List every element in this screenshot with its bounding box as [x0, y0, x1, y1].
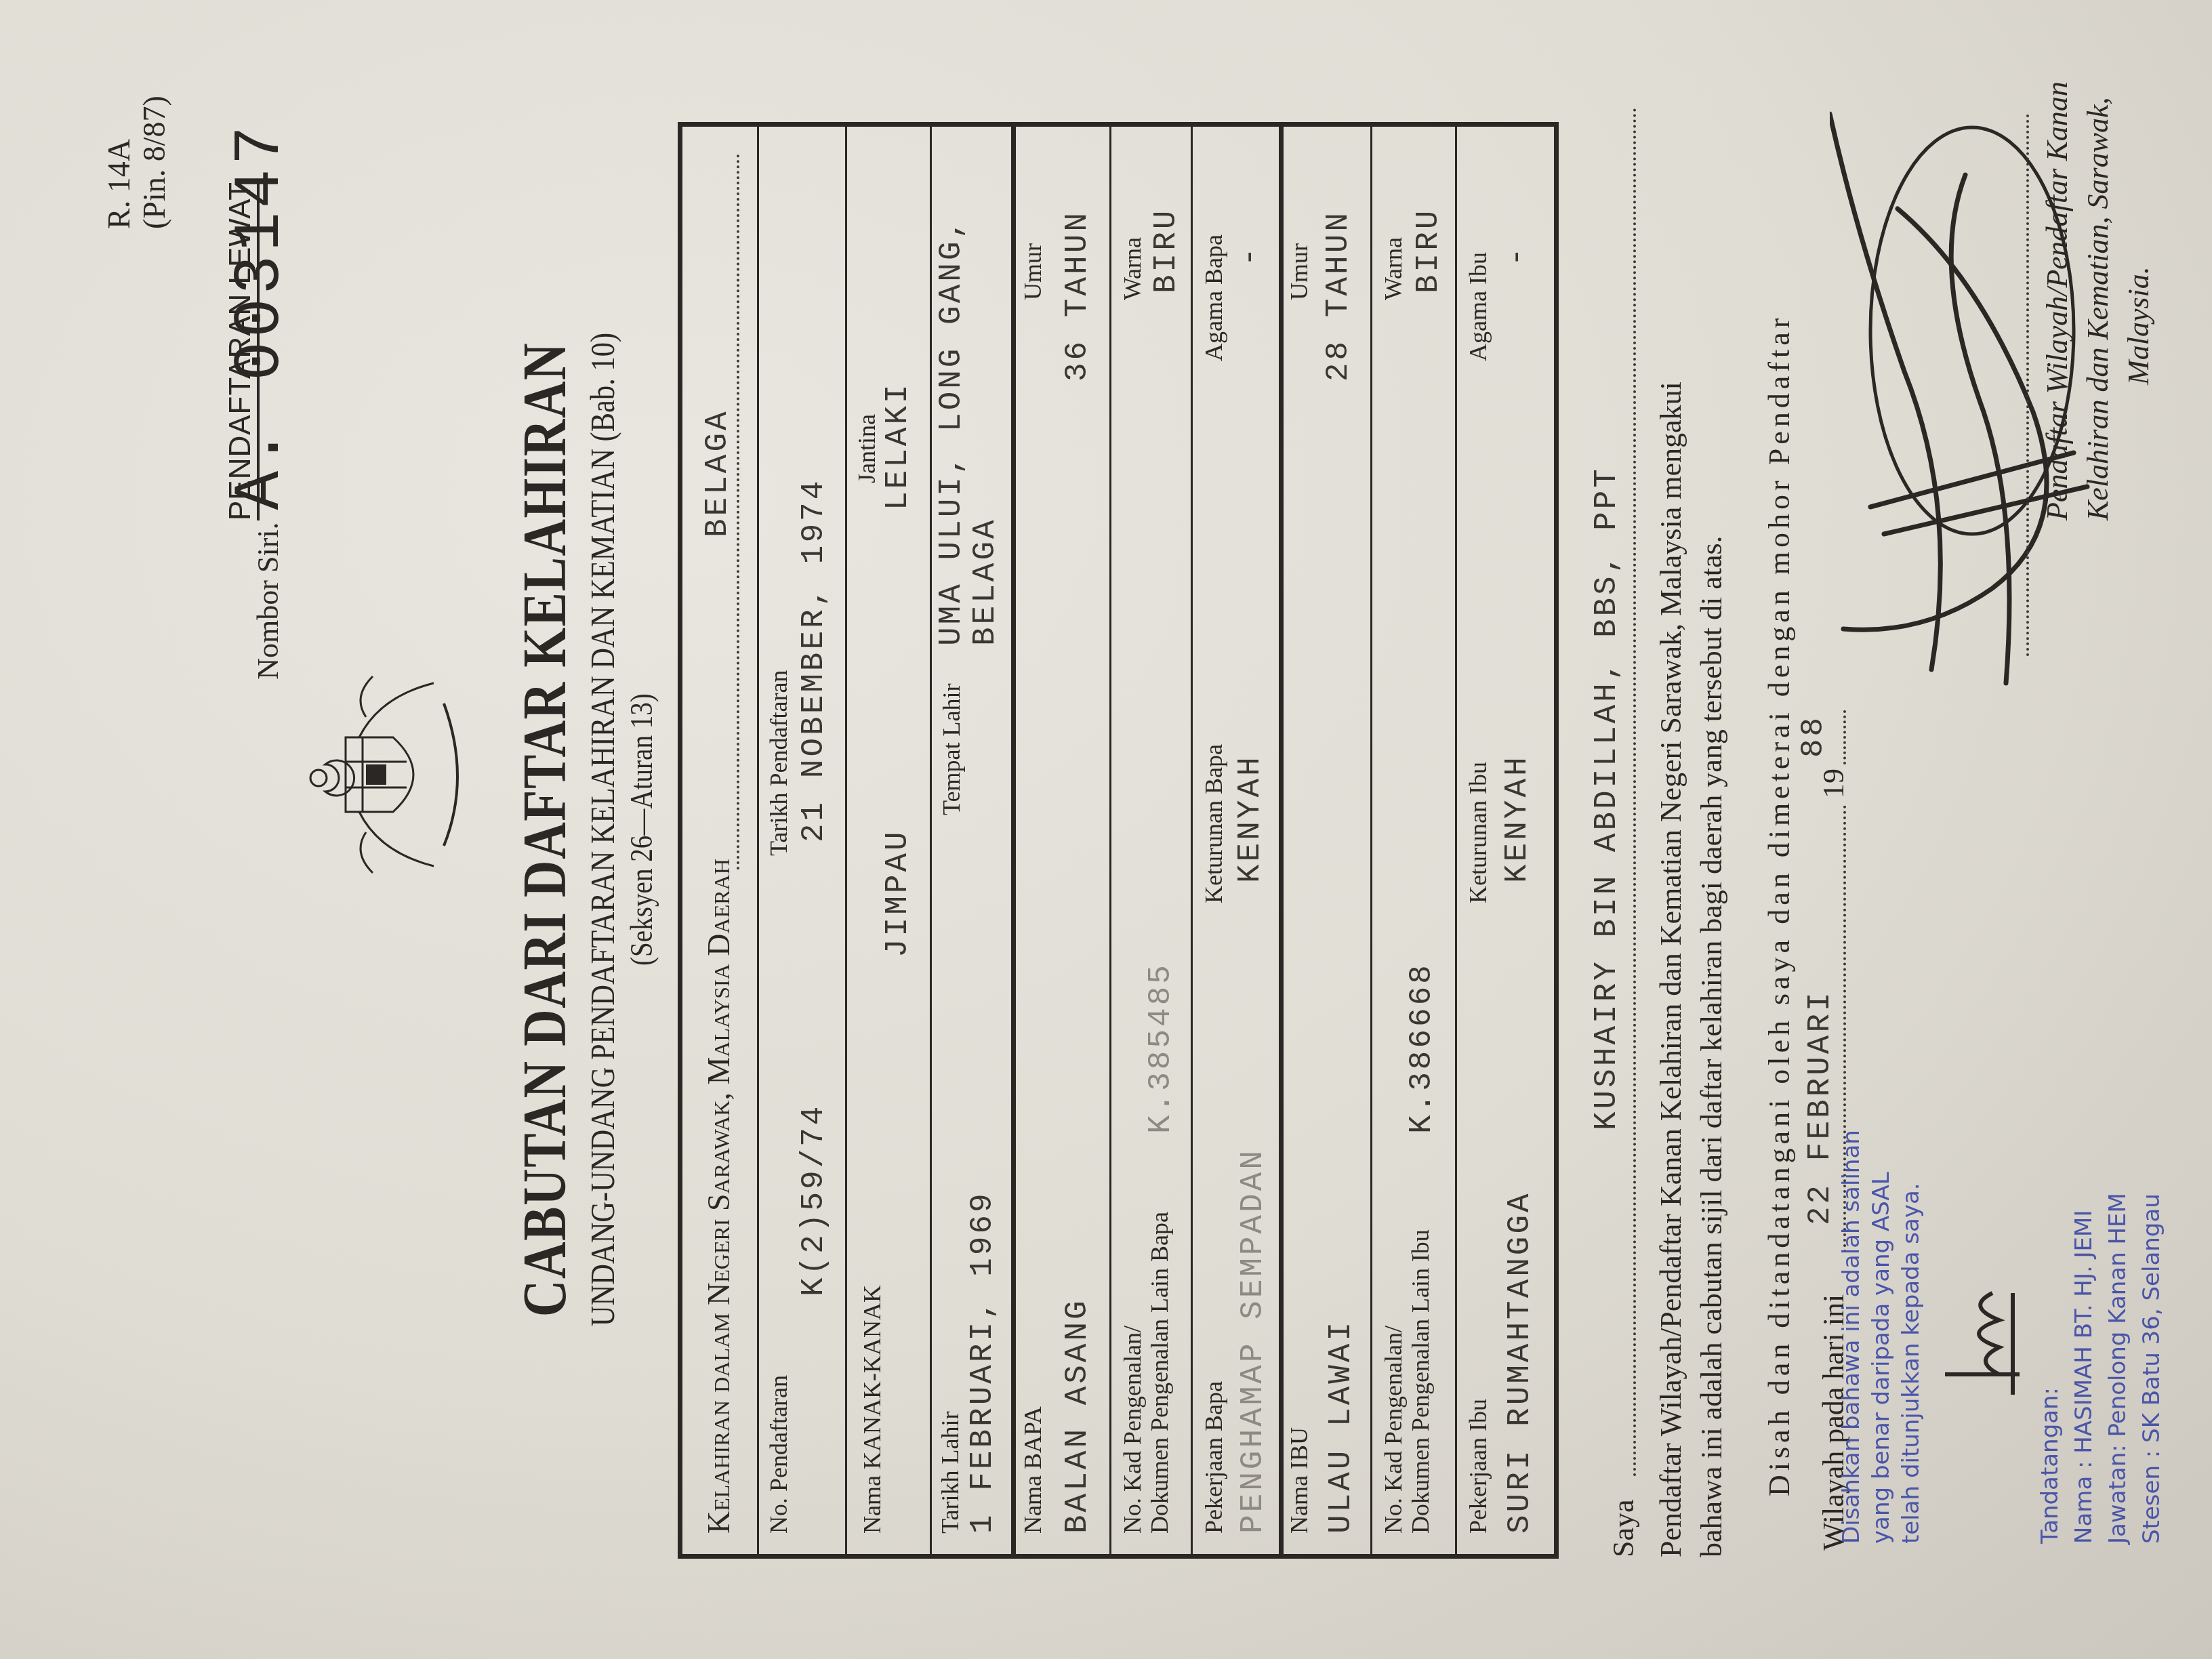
mother-citizenship-value: BIRU	[1411, 208, 1446, 293]
mother-occupation-value: SURI RUMAHTANGGA	[1502, 1191, 1538, 1534]
dotted-line	[737, 154, 739, 869]
stamp-line-1: Disahkan bahawa ini adalah salinan	[1837, 1130, 1866, 1544]
father-age-label: Umur	[1019, 243, 1046, 300]
mother-name-label: Nama IBU	[1286, 1427, 1313, 1534]
birth-register-table: Kelahiran dalam Negeri Sarawak, Malaysia…	[678, 122, 1559, 1559]
declaration-line-2: bahawa ini adalah cabutan sijil dari daf…	[1694, 535, 1729, 1557]
district-value: BELAGA	[700, 409, 735, 537]
father-citizenship-value: BIRU	[1149, 208, 1184, 293]
child-name-label: Nama KANAK-KANAK	[859, 1285, 886, 1534]
birth-certificate-extract: R. 14A (Pin. 8/87) PENDAFTARAN LEWAT Nom…	[0, 0, 2212, 1659]
stamp-line-3: telah ditunjukkan kepada saya.	[1896, 1130, 1926, 1544]
row-father-details: Pekerjaan Bapa PENGHAMAP SEMPADAN Keturu…	[1191, 127, 1284, 1554]
father-religion-label: Agama Bapa	[1200, 234, 1227, 361]
father-id-value: K.385485	[1143, 962, 1179, 1134]
year-suffix: 88	[1796, 715, 1831, 758]
stamp-signature-icon	[1938, 1266, 2033, 1401]
sex-value: LELAKI	[880, 382, 916, 510]
stamp-station: Stesen : SK Batu 36, Selangau	[2135, 1193, 2169, 1544]
father-id-label: No. Kad Pengenalan/	[1119, 1326, 1146, 1534]
mother-religion-label: Agama Ibu	[1465, 252, 1492, 361]
district-label: Kelahiran dalam Negeri Sarawak, Malaysia…	[705, 859, 733, 1534]
mother-age-label: Umur	[1286, 243, 1313, 300]
serial-label: Nombor Siri.	[251, 522, 285, 679]
signatory-title-1: Pendaftar Wilayah/Pendaftar Kanan	[2040, 81, 2074, 520]
registrar-dotted-line	[1633, 107, 1636, 1476]
certified-copy-stamp: Disahkan bahawa ini adalah salinan yang …	[1837, 1130, 1926, 1544]
signatory-title-3: Malaysia.	[2121, 266, 2156, 385]
stamp-line-2: yang benar daripada yang ASAL	[1866, 1130, 1896, 1544]
form-code-text: R. 14A	[102, 96, 137, 229]
serial-number: Nombor Siri.A. 003147	[224, 122, 298, 680]
stamp-name: Nama : HASIMAH BT. HJ. JEMI	[2067, 1193, 2101, 1544]
father-age-value: 36 TAHUN	[1060, 210, 1095, 382]
issue-date: 22 FEBRUARI	[1803, 989, 1838, 1225]
row-mother-id: No. Kad Pengenalan/ Dokumen Pengenalan L…	[1370, 127, 1457, 1554]
mother-age-value: 28 TAHUN	[1321, 210, 1356, 382]
row-father-id: No. Kad Pengenalan/ Dokumen Pengenalan L…	[1109, 127, 1193, 1554]
father-ethnicity-value: KENYAH	[1233, 754, 1268, 883]
row-mother: Nama IBU ULAU LAWAI Umur 28 TAHUN	[1279, 127, 1372, 1554]
father-occupation-label: Pekerjaan Bapa	[1200, 1381, 1227, 1534]
document-subtitle: UNDANG-UNDANG PENDAFTARAN KELAHIRAN DAN …	[583, 125, 622, 1535]
form-revision: (Pin. 8/87)	[137, 96, 172, 229]
mother-id-value: K.386668	[1404, 962, 1439, 1134]
mother-id-label-line2: Dokumen Pengenalan Lain Ibu	[1407, 1229, 1434, 1534]
birth-place-value-line2: BELAGA	[968, 517, 1003, 646]
stamp-position: Jawatan: Penolong Kanan HEM	[2101, 1193, 2135, 1544]
mother-citizenship-label: Warna	[1380, 237, 1407, 300]
year-dotted-line	[1843, 710, 1846, 764]
registration-no-value: K(2)59/74	[796, 1104, 832, 1296]
serial-value: A. 003147	[224, 122, 298, 510]
row-child: Nama KANAK-KANAK JIMPAU Jantina LELAKI	[845, 127, 932, 1554]
row-birth: Tarikh Lahir 1 FEBRUARI, 1969 Tempat Lah…	[930, 127, 1016, 1554]
father-ethnicity-label: Keturunan Bapa	[1200, 744, 1227, 903]
registration-date-label: Tarikh Pendaftaran	[765, 670, 792, 856]
stamp-signature-label: Tandatangan:	[2033, 1193, 2067, 1544]
father-citizenship-label: Warna	[1119, 237, 1146, 300]
mother-name-value: ULAU LAWAI	[1324, 1319, 1359, 1534]
year-prefix: 19	[1816, 769, 1851, 798]
father-name-label: Nama BAPA	[1019, 1406, 1046, 1534]
mother-id-label: No. Kad Pengenalan/	[1380, 1326, 1407, 1534]
mother-occupation-label: Pekerjaan Ibu	[1465, 1399, 1492, 1534]
document-section: (Seksyen 26—Aturan 13)	[623, 125, 659, 1535]
form-code: R. 14A (Pin. 8/87)	[102, 96, 172, 229]
signatory-title-2: Kelahiran dan Kematian, Sarawak,	[2081, 97, 2115, 520]
row-father: Nama BAPA BALAN ASANG Umur 36 TAHUN	[1011, 127, 1111, 1554]
registrar-name: KUSHAIRY BIN ABDILLAH, BBS, PPT	[1589, 466, 1624, 1130]
sex-label: Jantina	[853, 414, 880, 483]
birth-place-value: UMA ULUI, LONG GANG,	[934, 218, 969, 646]
mother-ethnicity-label: Keturunan Ibu	[1465, 762, 1492, 903]
stamp-officer-details: Tandatangan: Nama : HASIMAH BT. HJ. JEMI…	[2033, 1193, 2169, 1544]
coat-of-arms-icon	[298, 663, 468, 886]
signature-dotted-line	[2026, 114, 2029, 656]
declaration-line-3: Disah dan ditandatangani oleh saya dan d…	[1762, 314, 1797, 1496]
registration-no-label: No. Pendaftaran	[765, 1375, 792, 1534]
father-name-value: BALAN ASANG	[1060, 1298, 1095, 1534]
mother-ethnicity-value: KENYAH	[1500, 754, 1535, 883]
row-district: Kelahiran dalam Negeri Sarawak, Malaysia…	[682, 127, 759, 1554]
document-title: CABUTAN DARI DAFTAR KELAHIRAN	[508, 149, 580, 1509]
registration-date-value: 21 NOBEMBER, 1974	[796, 478, 832, 842]
row-mother-details: Pekerjaan Ibu SURI RUMAHTANGGA Keturunan…	[1455, 127, 1554, 1554]
birth-place-label: Tempat Lahir	[938, 684, 965, 815]
father-occupation-value: PENGHAMAP SEMPADAN	[1235, 1148, 1271, 1534]
declaration-line-1: Pendaftar Wilayah/Pendaftar Kanan Kelahi…	[1654, 382, 1688, 1557]
father-id-label-line2: Dokumen Pengenalan Lain Bapa	[1146, 1212, 1173, 1534]
saya-label: Saya	[1606, 1499, 1641, 1557]
child-name-value: JIMPAU	[880, 829, 916, 958]
birth-date-label: Tarikh Lahir	[937, 1412, 964, 1534]
mother-religion-value: -	[1500, 245, 1535, 266]
birth-date-value: 1 FEBRUARI, 1969	[965, 1191, 1000, 1534]
father-religion-value: -	[1233, 245, 1268, 266]
row-registration: No. Pendaftaran K(2)59/74 Tarikh Pendaft…	[757, 127, 847, 1554]
